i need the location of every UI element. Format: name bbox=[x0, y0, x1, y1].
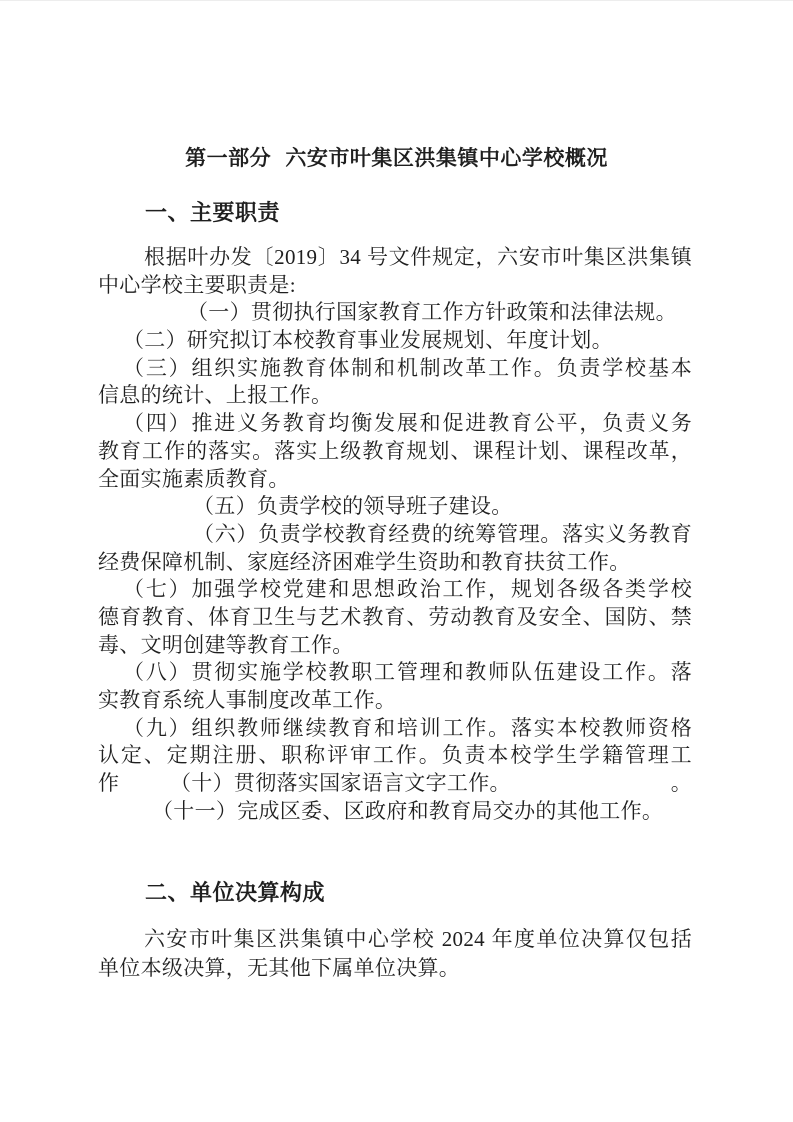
text-line: （七）加强学校党建和思想政治工作，规划各级各类学校 bbox=[98, 576, 692, 604]
section-1-heading: 一、主要职责 bbox=[145, 200, 280, 226]
text-line: 单位本级决算，无其他下属单位决算。 bbox=[98, 954, 692, 983]
text-line: 经费保障机制、家庭经济困难学生资助和教育扶贫工作。 bbox=[98, 549, 692, 577]
text-line: 实教育系统人事制度改革工作。 bbox=[98, 687, 692, 715]
document-title: 第一部分 六安市叶集区洪集镇中心学校概况 bbox=[0, 146, 793, 172]
text-line: 根据叶办发〔2019〕34 号文件规定，六安市叶集区洪集镇 bbox=[98, 244, 692, 272]
document-page: 第一部分 六安市叶集区洪集镇中心学校概况 一、主要职责 根据叶办发〔2019〕3… bbox=[0, 0, 793, 1122]
text-line: （四）推进义务教育均衡发展和促进教育公平，负责义务 bbox=[98, 410, 692, 438]
text-line: （一）贯彻执行国家教育工作方针政策和法律法规。 bbox=[98, 299, 692, 327]
text-line: （二）研究拟订本校教育事业发展规划、年度计划。 bbox=[98, 327, 692, 355]
text-line: 全面实施素质教育。 bbox=[98, 466, 692, 494]
text-line: （三）组织实施教育体制和机制改革工作。负责学校基本 bbox=[98, 355, 692, 383]
text-line: 毒、文明创建等教育工作。 bbox=[98, 632, 692, 660]
text-line: 认定、定期注册、职称评审工作。负责本校学生学籍管理工作。 bbox=[98, 742, 692, 770]
text-line: （六）负责学校教育经费的统筹管理。落实义务教育 bbox=[98, 521, 692, 549]
text-line: （五）负责学校的领导班子建设。 bbox=[98, 493, 692, 521]
text-line: （八）贯彻实施学校教职工管理和教师队伍建设工作。落 bbox=[98, 659, 692, 687]
text-line: 六安市叶集区洪集镇中心学校 2024 年度单位决算仅包括 bbox=[98, 925, 692, 954]
text-line: （九）组织教师继续教育和培训工作。落实本校教师资格 bbox=[98, 715, 692, 743]
text-line: 中心学校主要职责是: bbox=[98, 272, 692, 300]
section-2-heading: 二、单位决算构成 bbox=[145, 880, 325, 906]
text-line: 德育教育、体育卫生与艺术教育、劳动教育及安全、国防、禁 bbox=[98, 604, 692, 632]
section-1-body: 根据叶办发〔2019〕34 号文件规定，六安市叶集区洪集镇中心学校主要职责是:（… bbox=[98, 244, 692, 825]
section-2-body: 六安市叶集区洪集镇中心学校 2024 年度单位决算仅包括单位本级决算，无其他下属… bbox=[98, 925, 692, 983]
text-line: 信息的统计、上报工作。 bbox=[98, 382, 692, 410]
text-line: 教育工作的落实。落实上级教育规划、课程计划、课程改革， bbox=[98, 438, 692, 466]
text-line: （十一）完成区委、区政府和教育局交办的其他工作。 bbox=[98, 798, 692, 826]
